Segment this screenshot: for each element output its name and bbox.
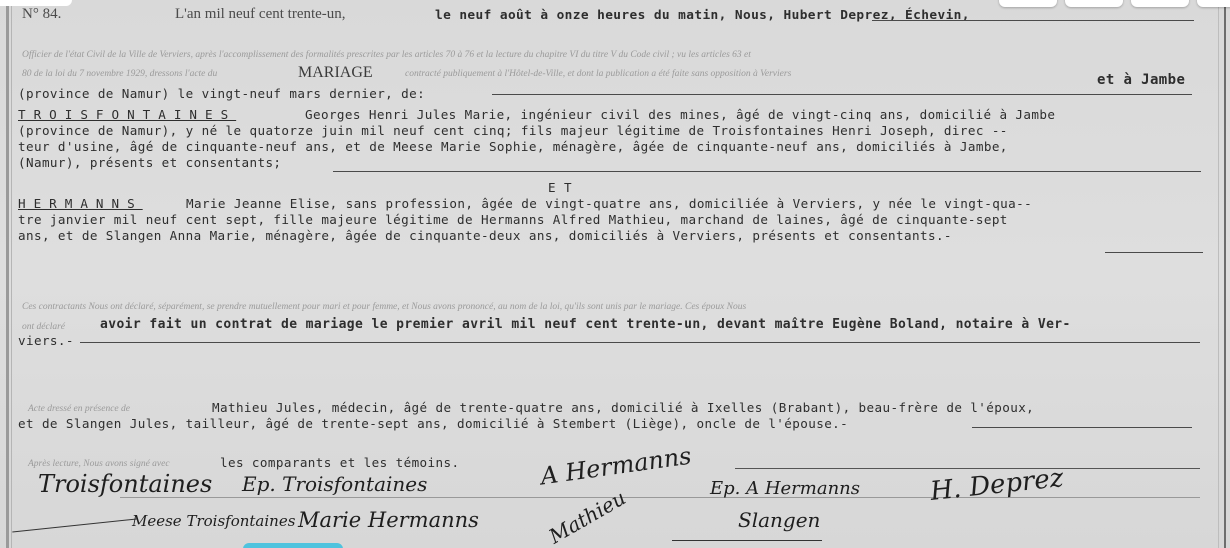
signature-officer: H. Deprez — [929, 463, 1065, 507]
et-separator: E T — [548, 180, 572, 195]
witness-printed: Acte dressé en présence de — [28, 404, 130, 414]
page-edge-right — [1224, 0, 1226, 548]
groom-line4: (Namur), présents et consentants; — [18, 155, 281, 170]
toolbar-button-2[interactable] — [1065, 0, 1123, 7]
fill-line — [1105, 252, 1203, 253]
bride-line3: ans, et de Slangen Anna Marie, ménagère,… — [18, 228, 952, 243]
signature-underline — [672, 540, 822, 541]
groom-line3: teur d'usine, âgé de cinquante-neuf ans,… — [18, 139, 1008, 154]
intro-printed: L'an mil neuf cent trente-un, — [175, 6, 346, 23]
toolbar-button-1[interactable] — [999, 0, 1057, 7]
fill-line — [492, 94, 1192, 95]
fill-line — [80, 342, 1200, 343]
bride-line1: Marie Jeanne Elise, sans profession, âgé… — [186, 196, 1032, 211]
contract-line1: avoir fait un contrat de mariage le prem… — [100, 317, 1071, 332]
witness-line2: et de Slangen Jules, tailleur, âgé de tr… — [18, 416, 848, 431]
signature-bride-father: Ep. A Hermanns — [710, 478, 860, 499]
declaration-printed-2: ont déclaré — [22, 322, 65, 332]
printed-preamble-1: Officier de l'état Civil de la Ville de … — [22, 50, 751, 60]
toolbar-button-3[interactable] — [1131, 0, 1189, 7]
bride-line2: tre janvier mil neuf cent sept, fille ma… — [18, 212, 1008, 227]
fill-line — [872, 20, 1194, 21]
groom-surname: TROISFONTAINES — [18, 107, 236, 122]
fill-line — [972, 427, 1192, 428]
closing-typed: les comparants et les témoins. — [220, 455, 459, 470]
document-page: N° 84. L'an mil neuf cent trente-un, le … — [0, 0, 1230, 548]
signature-groom-mother: Meese Troisfontaines — [132, 512, 295, 530]
printed-preamble-2b: contracté publiquement à l'Hôtel-de-Vill… — [405, 69, 791, 79]
groom-line2: (province de Namur), y né le quatorze ju… — [18, 123, 1008, 138]
signature-line — [120, 497, 1200, 498]
line3-typed: (province de Namur) le vingt-neuf mars d… — [18, 86, 425, 101]
witness-line1: Mathieu Jules, médecin, âgé de trente-qu… — [212, 400, 1034, 415]
line2-typed: et à Jambe — [1097, 72, 1185, 88]
contract-line2: viers.- — [18, 333, 74, 348]
signature-groom: Troisfontaines — [38, 470, 212, 498]
signature-witness-1: Mathieu — [545, 485, 630, 548]
record-number: N° 84. — [22, 6, 61, 23]
marriage-heading: MARIAGE — [298, 64, 373, 82]
printed-preamble-2a: 80 de la loi du 7 novembre 1929, dresson… — [22, 69, 217, 79]
declaration-printed-1: Ces contractants Nous ont déclaré, sépar… — [22, 302, 746, 312]
closing-printed: Après lecture, Nous avons signé avec — [28, 459, 170, 469]
signature-stroke — [12, 518, 136, 532]
signature-bride-mother: Marie Hermanns — [298, 508, 479, 532]
signature-bride: A Hermanns — [539, 442, 693, 491]
signature-groom-father: Ep. Troisfontaines — [242, 472, 427, 496]
toolbar-button-4[interactable] — [1197, 0, 1230, 7]
page-margin-line — [11, 0, 12, 548]
bottom-tab[interactable] — [243, 543, 343, 548]
top-left-panel[interactable] — [0, 0, 72, 6]
page-binding-edge — [6, 0, 9, 548]
groom-line1: Georges Henri Jules Marie, ingénieur civ… — [305, 107, 1055, 122]
signature-witness-2: Slangen — [738, 508, 820, 532]
page-margin-line-right — [1218, 0, 1219, 548]
fill-line — [735, 468, 1200, 469]
bride-surname: HERMANNS — [18, 196, 143, 211]
fill-line — [333, 171, 1201, 172]
